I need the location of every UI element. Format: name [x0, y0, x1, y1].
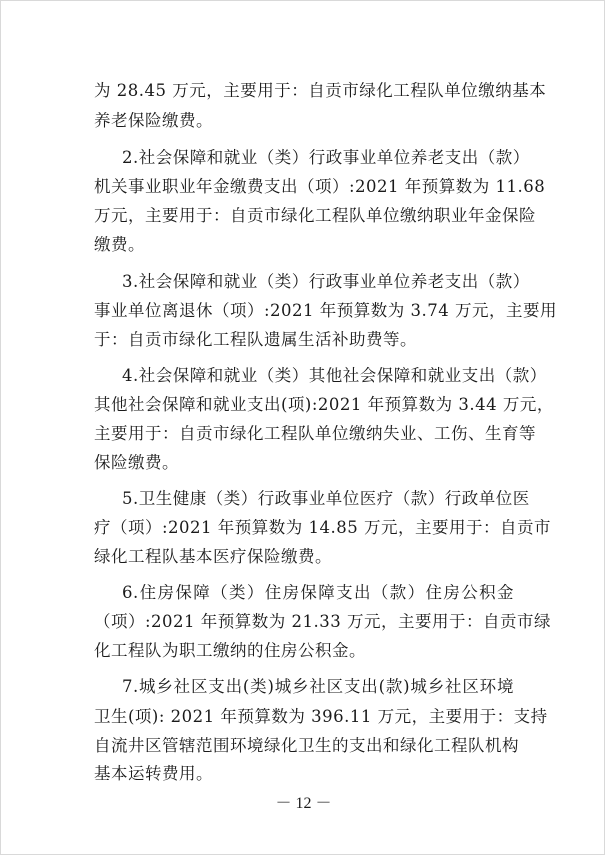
item-7-heading-line: 7.城乡社区支出(类)城乡社区支出(款)城乡社区环境: [122, 675, 514, 699]
paragraph-line: 事业单位离退休（项）:2021 年预算数为 3.74 万元，主要用: [94, 299, 514, 323]
paragraph-line: 主要用于：自贡市绿化工程队单位缴纳失业、工伤、生育等: [94, 422, 514, 446]
item-6-heading-line: 6.住房保障（类）住房保障支出（款）住房公积金: [122, 581, 514, 605]
item-5-heading-line: 5.卫生健康（类）行政事业单位医疗（款）行政单位医: [122, 487, 514, 511]
paragraph-line: 机关事业职业年金缴费支出（项）:2021 年预算数为 11.68: [94, 175, 514, 199]
document-page: 为 28.45 万元，主要用于：自贡市绿化工程队单位缴纳基本 养老保险缴费。 2…: [0, 0, 605, 855]
item-3-heading-line: 3.社会保障和就业（类）行政事业单位养老支出（款）: [122, 270, 514, 294]
paragraph-line: 万元，主要用于：自贡市绿化工程队单位缴纳职业年金保险: [94, 204, 514, 228]
paragraph-line: 其他社会保障和就业支出(项):2021 年预算数为 3.44 万元，: [94, 393, 514, 417]
paragraph-line: 于：自贡市绿化工程队遗属生活补助费等。: [94, 328, 514, 352]
paragraph-line: 基本运转费用。: [94, 762, 514, 786]
paragraph-line: 疗（项）:2021 年预算数为 14.85 万元，主要用于：自贡市: [94, 516, 514, 540]
paragraph-line: 缴费。: [94, 233, 514, 257]
item-4-heading-line: 4.社会保障和就业（类）其他社会保障和就业支出（款）: [122, 364, 514, 388]
paragraph-line: 卫生(项): 2021 年预算数为 396.11 万元，主要用于：支持: [94, 705, 514, 729]
page-number: － 12 －: [1, 793, 605, 815]
paragraph-line: 绿化工程队基本医疗保险缴费。: [94, 545, 514, 569]
item-2-heading-line: 2.社会保障和就业（类）行政事业单位养老支出（款）: [122, 146, 514, 170]
paragraph-line: 化工程队为职工缴纳的住房公积金。: [94, 639, 514, 663]
paragraph-line: （项）:2021 年预算数为 21.33 万元，主要用于：自贡市绿: [94, 610, 514, 634]
paragraph-line: 养老保险缴费。: [94, 109, 514, 133]
paragraph-line: 保险缴费。: [94, 451, 514, 475]
paragraph-line: 为 28.45 万元，主要用于：自贡市绿化工程队单位缴纳基本: [94, 79, 514, 103]
paragraph-line: 自流井区管辖范围环境绿化卫生的支出和绿化工程队机构: [94, 734, 514, 758]
